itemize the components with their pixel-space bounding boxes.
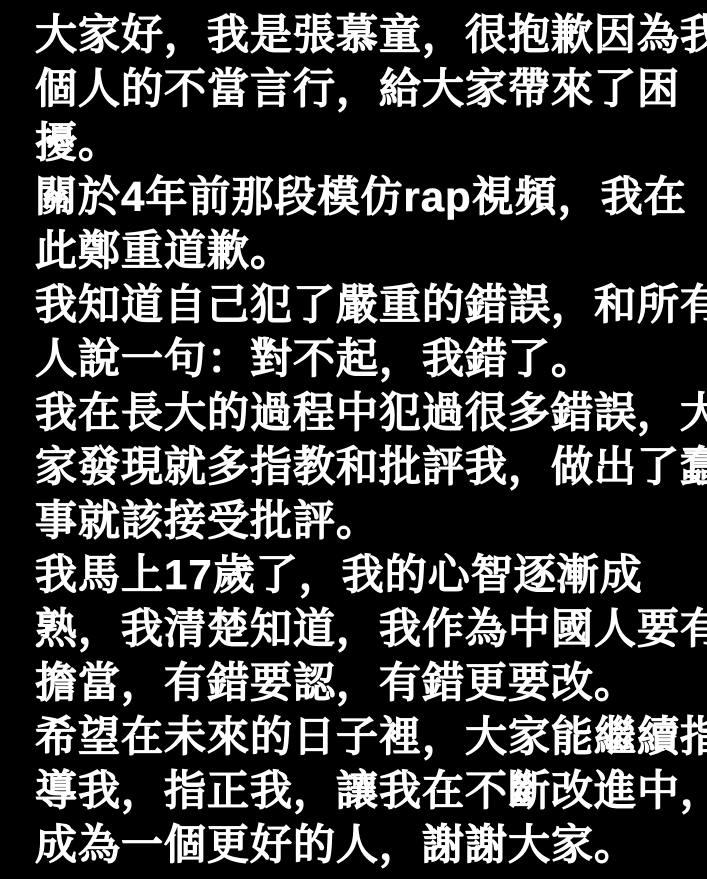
text-line: 關於4年前那段模仿rap視頻，我在 [35, 170, 697, 224]
text-line: 希望在未來的日子裡，大家能繼續指 [35, 710, 697, 764]
text-line: 我知道自己犯了嚴重的錯誤，和所有 [35, 278, 697, 332]
text-line: 擾。 [35, 116, 697, 170]
apology-image: 大家好，我是張慕童，很抱歉因為我 個人的不當言行，給大家帶來了困 擾。 關於4年… [0, 0, 707, 879]
text-line: 家發現就多指教和批評我，做出了蠢 [35, 440, 697, 494]
text-line: 我馬上17歲了，我的心智逐漸成 [35, 548, 697, 602]
text-line: 大家好，我是張慕童，很抱歉因為我 [35, 8, 697, 62]
text-line: 熟，我清楚知道，我作為中國人要有 [35, 602, 697, 656]
text-line: 成為一個更好的人，謝謝大家。 [35, 818, 697, 872]
text-line: 此鄭重道歉。 [35, 224, 697, 278]
text-line: 事就該接受批評。 [35, 494, 697, 548]
text-line: 人說一句：對不起，我錯了。 [35, 332, 697, 386]
text-line: 導我，指正我，讓我在不斷改進中， [35, 764, 697, 818]
text-line: 個人的不當言行，給大家帶來了困 [35, 62, 697, 116]
text-line: 我在長大的過程中犯過很多錯誤，大 [35, 386, 697, 440]
apology-statement: 大家好，我是張慕童，很抱歉因為我 個人的不當言行，給大家帶來了困 擾。 關於4年… [35, 8, 697, 872]
text-line: 擔當，有錯要認，有錯更要改。 [35, 656, 697, 710]
